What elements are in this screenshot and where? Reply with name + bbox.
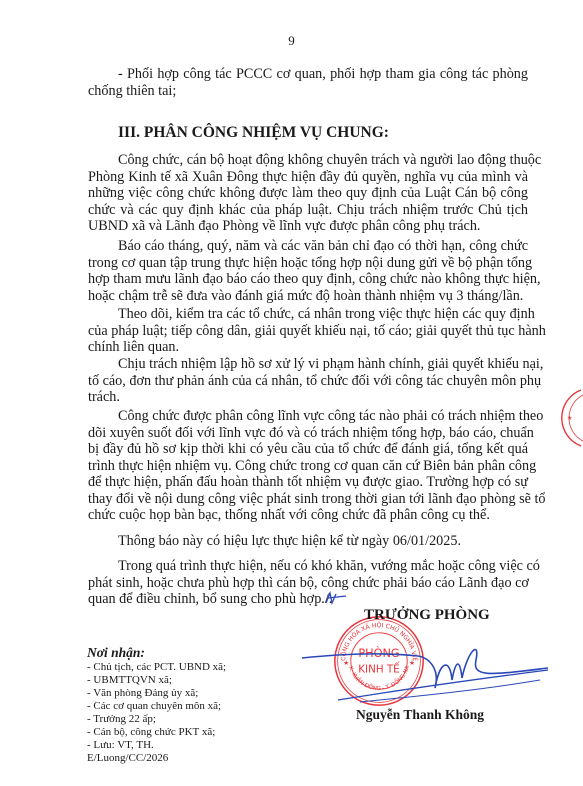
receiver-item: - Văn phòng Đảng ủy xã; xyxy=(87,687,226,700)
text-line: bị đầy đủ hồ sơ kịp thời khi có yêu cầu … xyxy=(88,441,528,458)
text-line: - Phối hợp công tác PCCC cơ quan, phối h… xyxy=(88,66,528,83)
text-line: Phòng Kinh tế xã Xuân Đông thực hiện đầy… xyxy=(88,169,528,186)
text-line: tố cáo, đơn thư phản ánh của cá nhân, tổ… xyxy=(88,373,528,390)
text-line: Thông báo này có hiệu lực thực hiện kể t… xyxy=(88,533,528,550)
paragraph: Theo dõi, kiểm tra các tổ chức, cá nhân … xyxy=(88,306,528,356)
intro-paragraph: - Phối hợp công tác PCCC cơ quan, phối h… xyxy=(88,66,528,99)
paragraph: Thông báo này có hiệu lực thực hiện kể t… xyxy=(88,533,528,550)
text-line: chức và các quy định khác của pháp luật.… xyxy=(88,202,528,219)
text-line: để thực hiện, phấn đấu hoàn thành tốt nh… xyxy=(88,474,528,491)
text-line: Công chức, cán bộ hoạt động không chuyên… xyxy=(88,152,528,169)
receiver-item: - Cán bộ, công chức PKT xã; xyxy=(87,726,226,739)
text-line: Trong quá trình thực hiện, nếu có khó kh… xyxy=(88,558,528,575)
paragraph: Công chức, cán bộ hoạt động không chuyên… xyxy=(88,152,528,235)
text-line: chính liên quan. xyxy=(88,339,528,356)
paragraph: Chịu trách nhiệm lập hồ sơ xử lý vi phạm… xyxy=(88,356,528,406)
document-code: E/Luong/CC/2026 xyxy=(87,752,226,765)
text-line: hợp tham mưu lãnh đạo báo cáo theo quy đ… xyxy=(88,271,528,288)
text-line: những việc công chức không được làm theo… xyxy=(88,185,528,202)
receiver-item: - Trưởng 22 ấp; xyxy=(87,713,226,726)
receivers-title: Nơi nhận: xyxy=(87,646,226,659)
text-line: thay đổi về nội dung công việc phát sinh… xyxy=(88,491,528,508)
text-line: Chịu trách nhiệm lập hồ sơ xử lý vi phạm… xyxy=(88,356,528,373)
text-line: trách. xyxy=(88,389,528,406)
text-line: phát sinh, hoặc chưa phù hợp thì cán bộ,… xyxy=(88,575,528,592)
paragraph: Công chức được phân công lĩnh vực công t… xyxy=(88,408,528,524)
text-line: trong cơ quan tập trung thực hiện hoặc t… xyxy=(88,255,528,272)
initial-mark-icon xyxy=(324,591,348,605)
text-line: Công chức được phân công lĩnh vực công t… xyxy=(88,408,528,425)
receiver-item: - Lưu: VT, TH. xyxy=(87,739,226,752)
paragraph: Báo cáo tháng, quý, năm và các văn bản c… xyxy=(88,238,528,304)
text-line: trình thực hiện nhiệm vụ. Công chức tron… xyxy=(88,458,528,475)
paragraph: Trong quá trình thực hiện, nếu có khó kh… xyxy=(88,558,528,608)
page-number: 9 xyxy=(0,33,583,49)
signer-title: TRƯỞNG PHÒNG xyxy=(364,607,490,624)
page-seal-edge-icon: ★ xyxy=(551,388,583,448)
receiver-item: - Chủ tịch, các PCT. UBND xã; xyxy=(87,661,226,674)
text-line: UBND xã và Lãnh đạo Phòng về lĩnh vực đư… xyxy=(88,218,528,235)
receiver-item: - UBMTTQVN xã; xyxy=(87,674,226,687)
text-line: của pháp luật; tiếp công dân, giải quyết… xyxy=(88,323,528,340)
text-line: chức cuộc họp bàn bạc, thống nhất với cô… xyxy=(88,507,528,524)
text-line: quan để điều chỉnh, bổ sung cho phù hợp.… xyxy=(88,591,528,608)
text-line: dõi xuyên suốt đối với lĩnh vực đó và có… xyxy=(88,425,528,442)
text-line: hoặc chậm trễ sẽ đưa vào đánh giá mức độ… xyxy=(88,288,528,305)
section-heading: III. PHÂN CÔNG NHIỆM VỤ CHUNG: xyxy=(118,124,389,142)
svg-text:★: ★ xyxy=(567,415,572,422)
receivers-block: Nơi nhận: - Chủ tịch, các PCT. UBND xã; … xyxy=(87,646,226,765)
receiver-item: - Các cơ quan chuyên môn xã; xyxy=(87,700,226,713)
text-line: Theo dõi, kiểm tra các tổ chức, cá nhân … xyxy=(88,306,528,323)
text-line: chống thiên tai; xyxy=(88,83,528,100)
signer-name: Nguyễn Thanh Không xyxy=(356,707,484,723)
text-line: Báo cáo tháng, quý, năm và các văn bản c… xyxy=(88,238,528,255)
